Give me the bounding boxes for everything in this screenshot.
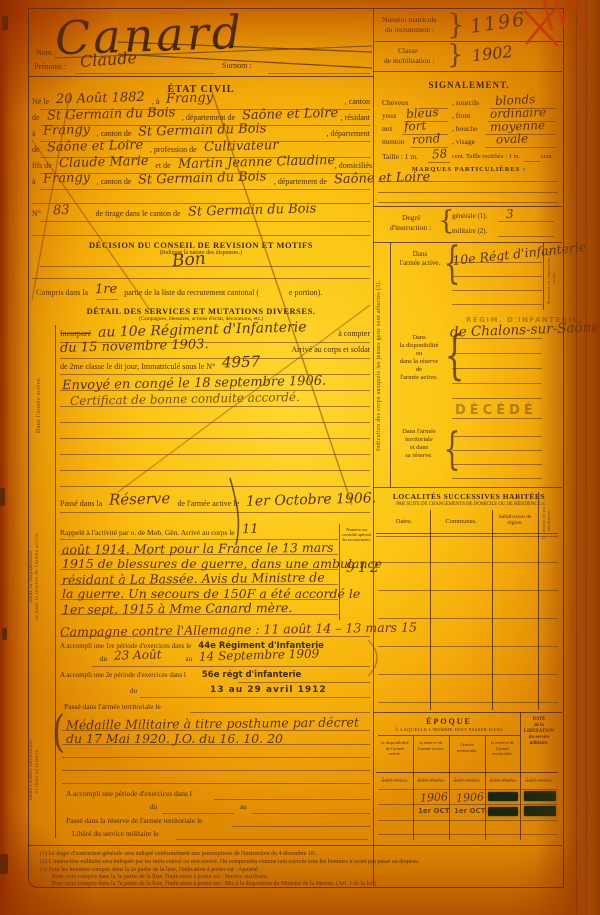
rule bbox=[60, 614, 338, 615]
repertoire-label: Numéro au répertoire du corps. bbox=[546, 246, 560, 308]
tirage-number: 83 bbox=[53, 206, 70, 215]
residant-word: , résidant bbox=[341, 113, 370, 122]
tirage-canton: St Germain du Bois bbox=[188, 204, 317, 216]
canton-word: , canton de bbox=[97, 129, 132, 138]
rule bbox=[60, 512, 370, 513]
visage-value: ovale bbox=[496, 131, 529, 146]
rule bbox=[486, 147, 555, 148]
rule bbox=[96, 299, 118, 300]
du-label: du bbox=[150, 803, 157, 811]
cheveux-label: Cheveux bbox=[382, 98, 409, 107]
rule bbox=[60, 358, 370, 359]
margin-divider bbox=[55, 325, 56, 838]
canton-word: , canton bbox=[345, 97, 370, 106]
rappel-side-divider bbox=[339, 524, 340, 620]
column-divider bbox=[373, 8, 374, 886]
classe-soldat-text: de 2me classe le dit jour, Immatriculé s… bbox=[60, 362, 215, 371]
table-column-line bbox=[492, 510, 493, 710]
yeux-label: yeux bbox=[382, 111, 397, 120]
rule bbox=[140, 697, 370, 698]
rule bbox=[60, 486, 370, 487]
epoque-title: ÉPOQUE bbox=[378, 717, 520, 726]
rule bbox=[60, 438, 370, 439]
rule bbox=[452, 464, 542, 465]
ink-speck bbox=[2, 628, 7, 640]
a-label: , à bbox=[152, 97, 160, 106]
degre-label2: d'instruction : bbox=[390, 223, 431, 232]
rule bbox=[378, 789, 558, 790]
compris-label2: partie de la liste du recrutement canton… bbox=[124, 288, 259, 297]
dept-word: , département de bbox=[274, 177, 327, 186]
col-communes-header: Communes. bbox=[430, 518, 492, 525]
passe-dans-label: Passé dans la bbox=[60, 499, 102, 508]
au-label: au bbox=[186, 655, 193, 663]
rule bbox=[190, 712, 370, 713]
rule bbox=[378, 646, 558, 647]
header-row-divider bbox=[375, 41, 562, 42]
margin-label-territoriale: Dans l'armée territoriale et dans sa rés… bbox=[28, 700, 50, 840]
table-header-rule bbox=[376, 533, 558, 534]
rule bbox=[378, 618, 558, 619]
rule bbox=[176, 839, 368, 840]
rule bbox=[452, 383, 542, 384]
periode2-line: A accompli une 2e période d'exercices da… bbox=[60, 670, 370, 680]
rule bbox=[32, 235, 370, 236]
rule bbox=[378, 192, 558, 193]
date-liberation-header: DATE de la LIBÉRATION du service militai… bbox=[521, 717, 557, 747]
a-label: à bbox=[32, 177, 36, 186]
de-label: de bbox=[32, 113, 40, 122]
rule bbox=[62, 744, 370, 745]
residence-line: à Frangy , canton de St Germain du Bois … bbox=[32, 128, 370, 138]
rule bbox=[378, 590, 558, 591]
rule bbox=[60, 554, 338, 555]
section-divider bbox=[373, 712, 562, 713]
dept-word: , département bbox=[326, 129, 370, 138]
rule bbox=[40, 189, 370, 190]
nez-label: nez bbox=[382, 124, 392, 133]
tirage-line: N° 83 de tirage dans le canton de St Ger… bbox=[32, 208, 370, 218]
rule bbox=[452, 398, 542, 399]
rule bbox=[60, 454, 370, 455]
footnote-1: (1) Le degré d'instruction générale sera… bbox=[40, 851, 317, 858]
rule bbox=[268, 73, 370, 74]
domicile-canton: St Germain du Bois bbox=[138, 172, 267, 184]
rule bbox=[452, 276, 542, 277]
epoque-col2-header: la réserve de l'armée active. bbox=[415, 740, 447, 751]
rule bbox=[378, 804, 558, 805]
periode1-au: 14 Septembre 1909 bbox=[199, 649, 319, 661]
decede-stamp: DÉCÉDÉ bbox=[455, 403, 537, 418]
rule bbox=[378, 702, 558, 703]
rule bbox=[378, 674, 558, 675]
decision-mention: Bon bbox=[171, 249, 206, 272]
periode2-dates-stamp: 13 au 29 avril 1912 bbox=[210, 685, 327, 695]
matricule-label2: du recrutement : bbox=[385, 25, 434, 34]
redaction-bar bbox=[524, 806, 556, 816]
scanned-military-register-page: Canard Nom : Prénoms : Claude Surnom : N… bbox=[0, 0, 600, 915]
passe-reserve-territoriale-label: Passé dans la réserve de l'armée territo… bbox=[66, 816, 203, 825]
struck-stamp-4: 1er nov. bbox=[489, 777, 516, 784]
armee-active-label: de l'armée active le bbox=[178, 499, 240, 508]
rule bbox=[378, 820, 558, 821]
birth-canton-line: de St Germain du Bois , département de S… bbox=[32, 112, 370, 122]
controle-special-label: Numéro au contrôle spécial du recrutemen… bbox=[342, 527, 371, 542]
tirage-label: de tirage dans le canton de bbox=[96, 209, 181, 218]
domicile-place: Frangy bbox=[42, 173, 89, 183]
service-entry-2: du 15 novembre 1903. Arrivé au corps et … bbox=[60, 344, 370, 354]
rule bbox=[376, 536, 558, 537]
epoque-col3-header: l'armée territoriale. bbox=[451, 742, 483, 753]
compris-label: Compris dans la bbox=[36, 288, 88, 297]
libere-label: Libéré du service militaire le bbox=[72, 829, 159, 838]
domicile-dept: Saône et Loire bbox=[334, 173, 430, 185]
rule bbox=[60, 636, 370, 637]
table-column-line bbox=[538, 492, 539, 710]
arrive-corps-text: Arrivé au corps et soldat bbox=[291, 345, 370, 354]
menton-label: menton bbox=[382, 137, 405, 146]
ne-le-label: Né le bbox=[32, 97, 49, 106]
birth-place: Frangy bbox=[166, 93, 213, 103]
taille-label: Taille : 1 m. bbox=[382, 152, 418, 161]
epoque-col1-header: la disponibilité de l'armée active. bbox=[379, 740, 411, 757]
ink-speck bbox=[2, 16, 8, 30]
rule bbox=[452, 368, 542, 369]
localites-subtitle: PAR SUITE DE CHANGEMENTS DE DOMICILE OU … bbox=[376, 502, 562, 507]
domicilies-word: , domiciliés bbox=[335, 161, 372, 170]
disponibilite-label: Dans la disponibilité ou dans la réserve… bbox=[394, 334, 444, 382]
birth-date: 20 Août 1882 bbox=[56, 93, 145, 104]
rule bbox=[452, 418, 542, 419]
periode-territoriale-label: A accompli une période d'exercices dans … bbox=[66, 789, 192, 798]
rappel-printed-line: Rappelé à l'activité par o. de Mob. Gén.… bbox=[60, 527, 338, 537]
service-entry-1: Incorporé au 10e Régiment d'Infanterie à… bbox=[60, 328, 370, 338]
footnote-divider bbox=[28, 845, 562, 846]
cent-label: cent. bbox=[541, 153, 553, 160]
militaire-label: militaire (2). bbox=[452, 227, 487, 235]
footnote-5: Pour ceux compris dans la 7e partie de l… bbox=[52, 881, 376, 888]
rule bbox=[92, 666, 370, 667]
brace: } bbox=[447, 8, 465, 41]
rule bbox=[75, 73, 215, 74]
redaction-bar bbox=[524, 791, 556, 801]
epoque-subtitle: À LAQUELLE L'HOMME DOIT PASSER DANS bbox=[378, 727, 520, 732]
classe-label2: de mobilisation : bbox=[384, 56, 434, 65]
armee-active-label: Dans l'armée active. bbox=[396, 250, 444, 268]
residence-dept: Saône et Loire bbox=[46, 141, 142, 153]
sourcils-label: , sourcils bbox=[452, 98, 479, 107]
periode2-label: A accompli une 2e période d'exercices da… bbox=[60, 671, 186, 679]
rule bbox=[452, 290, 542, 291]
rule bbox=[452, 436, 542, 437]
degre-label1: Degré bbox=[402, 213, 420, 222]
epoque-column-line bbox=[449, 736, 450, 840]
ink-speck bbox=[0, 488, 5, 506]
rule bbox=[62, 770, 370, 771]
du-label: du bbox=[130, 687, 137, 695]
rappel-hw-0: 11 bbox=[242, 525, 259, 534]
rule bbox=[60, 470, 370, 471]
epoque-column-line bbox=[485, 736, 486, 840]
rule bbox=[452, 304, 542, 305]
menton-value: rond bbox=[412, 131, 441, 146]
paren-mark: ( bbox=[52, 706, 65, 758]
service-entry-3: de 2me classe le dit jour, Immatriculé s… bbox=[60, 360, 370, 371]
struck-stamp-2: 1er nov. bbox=[417, 777, 444, 784]
canton-word: , canton de bbox=[97, 177, 132, 186]
rule bbox=[452, 450, 542, 451]
nom-label: Nom : bbox=[36, 48, 56, 57]
rule bbox=[238, 682, 370, 683]
reserve-line: Passé dans la Réserve de l'armée active … bbox=[60, 497, 370, 508]
de-label: de bbox=[32, 145, 40, 154]
repertoire-divider bbox=[543, 242, 544, 310]
territoriale-label: Dans l'armée territoriale et dans sa rés… bbox=[394, 428, 444, 460]
numero-label: N° bbox=[32, 209, 41, 218]
rule bbox=[378, 181, 558, 182]
col-subdiv-header: Subdivision de région. bbox=[494, 514, 536, 526]
struck-stamp-5: 1er nov. bbox=[525, 777, 552, 784]
section-divider bbox=[373, 242, 562, 243]
matricule-corps: 4957 bbox=[222, 358, 260, 368]
redaction-bar bbox=[488, 792, 518, 801]
profession-value: Cultivateur bbox=[204, 141, 279, 152]
generale-label: générale (1). bbox=[452, 212, 487, 220]
page-edge-line bbox=[586, 0, 587, 915]
struck-stamp-1: 1er nov. bbox=[381, 777, 408, 784]
birth-line: Né le 20 Août 1882 , à Frangy , canton bbox=[32, 96, 370, 106]
footnote-3: (3) Pour les hommes compris dans la 2e p… bbox=[40, 867, 259, 874]
rule bbox=[524, 161, 540, 162]
page-edge-line bbox=[576, 0, 577, 915]
birth-dept: Saône et Loire bbox=[242, 109, 338, 121]
rappel-text: Rappelé à l'activité par o. de Mob. Gén.… bbox=[60, 528, 235, 537]
rule bbox=[162, 813, 234, 814]
marques-title: MARQUES PARTICULIÈRES : bbox=[376, 166, 562, 173]
territoriale-annee: 1906 bbox=[456, 790, 485, 804]
rule bbox=[62, 783, 370, 784]
generale-value: 3 bbox=[506, 207, 515, 221]
matricule-label: Numéro matricule bbox=[382, 15, 437, 24]
periode1-dates-line: du 23 Août au 14 Septembre 1909 bbox=[100, 653, 370, 663]
compris-label3: e portion). bbox=[289, 288, 322, 297]
residence-canton: St Germain du Bois bbox=[138, 124, 267, 136]
reserve-active-annee: 1906 bbox=[420, 790, 449, 804]
residence-place: Frangy bbox=[42, 125, 89, 135]
rule bbox=[452, 338, 542, 339]
prenoms-value: Claude bbox=[79, 48, 137, 71]
birth-canton: St Germain du Bois bbox=[46, 108, 175, 120]
ink-speck bbox=[0, 854, 8, 874]
incorpore-word: Incorporé bbox=[60, 329, 91, 338]
surnom-label: Surnom : bbox=[222, 61, 252, 70]
a-label: à bbox=[32, 129, 36, 138]
periode1-du: 23 Août bbox=[114, 650, 162, 660]
regiment-entry: au 10e Régiment d'Infanterie bbox=[98, 323, 307, 337]
header-bottom-rule-right bbox=[373, 71, 562, 72]
parents-line: fils de Claude Marie et de Martin Jeanne… bbox=[32, 160, 370, 170]
margin-label-disponibilite: Dans la disponibilité ou dans la réserve… bbox=[28, 528, 50, 624]
brace: } bbox=[447, 40, 464, 70]
reserve-active-jour: 1er OCT. bbox=[418, 807, 451, 815]
dept-word: , département de bbox=[182, 113, 235, 122]
section-divider bbox=[373, 487, 562, 488]
rule bbox=[232, 826, 370, 827]
rule bbox=[60, 406, 370, 407]
struck-stamp-3: 1er nov. bbox=[453, 777, 480, 784]
reserve-date: 1er Octobre 1906. bbox=[246, 494, 376, 506]
father-name: Claude Marie bbox=[59, 157, 149, 168]
table-column-line bbox=[430, 510, 431, 710]
rule bbox=[60, 584, 338, 585]
rule bbox=[452, 262, 542, 263]
du-label: du bbox=[100, 655, 107, 663]
profession-word: , profession de bbox=[150, 145, 197, 154]
reserve-word: Réserve bbox=[109, 494, 170, 505]
mother-name: Martin Jeanne Claudine bbox=[178, 156, 335, 169]
rule bbox=[40, 221, 370, 222]
epoque-column-line bbox=[413, 736, 414, 840]
passe-territoriale-label: Passé dans l'armée territoriale le bbox=[64, 702, 161, 711]
footnote-4: Pour ceux compris dans la 5e partie de l… bbox=[52, 874, 268, 881]
rule bbox=[40, 266, 370, 267]
rule bbox=[378, 562, 558, 563]
bouche-label: , bouche bbox=[452, 124, 477, 133]
rule bbox=[452, 353, 542, 354]
corps-margin-divider bbox=[390, 242, 391, 487]
liste-partie: 1re bbox=[95, 285, 117, 295]
taille-value: 58 bbox=[432, 146, 448, 161]
incorporation-date: du 15 novembre 1903. bbox=[60, 340, 209, 353]
rule bbox=[214, 799, 370, 800]
rule bbox=[498, 236, 554, 237]
au-label: au bbox=[240, 803, 247, 811]
col-dates-header: Dates. bbox=[378, 518, 430, 525]
rule bbox=[60, 422, 370, 423]
signalement-title: SIGNALEMENT. bbox=[376, 80, 562, 90]
redaction-bar bbox=[488, 807, 518, 816]
rule bbox=[378, 202, 558, 203]
periode2-corps-stamp: 56e régt d'infanterie bbox=[202, 670, 301, 680]
classe-label: Classe bbox=[398, 46, 418, 55]
header-bottom-rule-left bbox=[28, 76, 373, 77]
rule bbox=[428, 162, 450, 163]
rule bbox=[252, 813, 370, 814]
localites-title: LOCALITÉS SUCCESSIVES HABITÉES bbox=[376, 492, 562, 501]
section-divider bbox=[373, 206, 562, 207]
services-title: DÉTAIL DES SERVICES ET MUTATIONS DIVERSE… bbox=[32, 306, 370, 316]
et-de-label: et de bbox=[155, 161, 170, 170]
rule bbox=[32, 278, 370, 279]
compris-line: Compris dans la 1re partie de la liste d… bbox=[36, 287, 370, 297]
territoriale-jour: 1er OCT. bbox=[454, 807, 487, 815]
visage-label: , visage bbox=[452, 137, 475, 146]
page-stack-edge bbox=[562, 0, 600, 915]
epoque-col4-header: la réserve de l'armée territoriale. bbox=[487, 740, 518, 757]
rule bbox=[378, 834, 558, 835]
margin-label-armee-active: Dans l'armée active. bbox=[36, 335, 48, 475]
rule bbox=[498, 221, 554, 222]
prenoms-label: Prénoms : bbox=[34, 62, 66, 71]
margin-label-corps: Indication des corps auxquels les jeunes… bbox=[376, 250, 388, 482]
taille-rectifiee-label: cent. Taille rectifiée : 1 m. bbox=[452, 153, 520, 160]
rule bbox=[452, 478, 542, 479]
a-compter-word: à compter bbox=[338, 329, 370, 338]
epoque-colheader-rule bbox=[376, 772, 558, 773]
footnote-2: (2) L'instruction militaire sera indiqué… bbox=[40, 859, 420, 866]
rule bbox=[62, 757, 370, 758]
fils-de-label: fils de bbox=[32, 161, 52, 170]
domicile-line: à Frangy , canton de St Germain du Bois … bbox=[32, 176, 370, 186]
front-label: , front bbox=[452, 111, 470, 120]
